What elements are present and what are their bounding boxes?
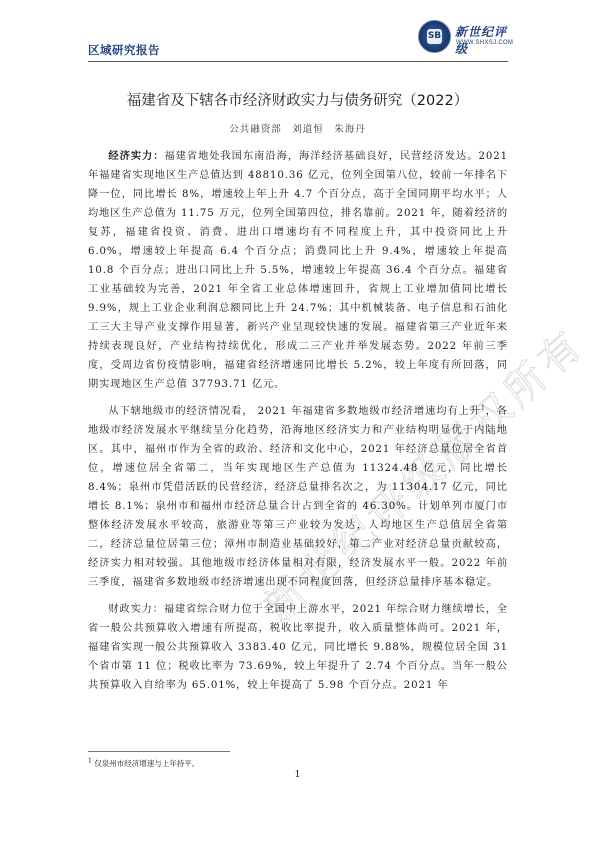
paragraph-text: 福建省综合财力位于全国中上游水平，2021 年综合财力继续增长，全省一般公共预算…	[88, 604, 508, 691]
paragraph-economic-strength: 经济实力：福建省地处我国东南沿海，海洋经济基础良好，民营经济发达。2021 年福…	[88, 147, 508, 394]
document-body: 经济实力：福建省地处我国东南沿海，海洋经济基础良好，民营经济发达。2021 年福…	[88, 147, 508, 695]
paragraph-text: 从下辖地级市的经济情况看， 2021 年福建省多数地级市经济增速均有上升	[108, 406, 481, 417]
footnote-divider	[88, 751, 230, 752]
paragraph-fiscal-strength: 财政实力：福建省综合财力位于全国中上游水平，2021 年综合财力继续增长，全省一…	[88, 600, 508, 695]
paragraph-text: ，各地级市经济发展水平继续呈分化趋势，沿海地区经济实力和产业结构明显优于内陆地区…	[88, 406, 508, 588]
footnote-marker: 1	[88, 758, 92, 765]
logo-badge-icon: SB	[418, 20, 451, 53]
document-authors: 公共融资部 刘道恒 朱海丹	[0, 121, 595, 135]
page-number: 1	[0, 770, 595, 780]
paragraph-lead: 财政实力：	[108, 604, 163, 615]
header-divider	[88, 61, 508, 62]
report-category-title: 区域研究报告	[88, 42, 160, 58]
page-header: 区域研究报告 SB 新世纪评级 WWW.SHXSJ.COM	[88, 0, 508, 62]
paragraph-text: 福建省地处我国东南沿海，海洋经济基础良好，民营经济发达。2021 年福建省实现地…	[88, 151, 508, 390]
company-logo: SB 新世纪评级 WWW.SHXSJ.COM	[418, 20, 513, 56]
paragraph-city-economy: 从下辖地级市的经济情况看， 2021 年福建省多数地级市经济增速均有上升1，各地…	[88, 402, 508, 592]
footnote-text: 仅泉州市经济增速与上年持平。	[94, 759, 199, 768]
document-title: 福建省及下辖各市经济财政实力与债务研究（2022）	[0, 89, 595, 110]
footnote: 1 仅泉州市经济增速与上年持平。	[88, 758, 199, 769]
logo-badge-mark: SB	[427, 29, 442, 44]
paragraph-lead: 经济实力：	[108, 150, 164, 162]
logo-url: WWW.SHXSJ.COM	[456, 40, 513, 46]
